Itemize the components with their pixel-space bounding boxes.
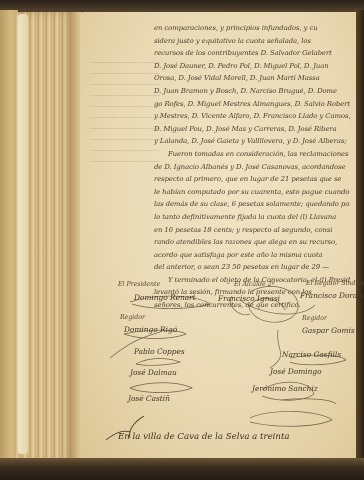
body-line: y Mestres, D. Vicente Alfaro, D. Francis… bbox=[154, 110, 350, 123]
body-line: lo tanto definitivamente fijada la cuota… bbox=[154, 211, 350, 224]
body-text: en comparaciones, y principios infundado… bbox=[154, 22, 350, 312]
body-line: y Lalanda, D. José Gaieta y Vallllovera,… bbox=[154, 135, 350, 148]
body-line: de D. Ignacio Albanés y D. José Casanova… bbox=[154, 161, 350, 174]
manuscript-photo: en comparaciones, y principios infundado… bbox=[0, 0, 364, 480]
body-line: go Rofes, D. Miguel Mestres Almangues, D… bbox=[154, 98, 350, 111]
body-line: las demás de su clase, 6 pesetas solamen… bbox=[154, 198, 350, 211]
body-line: rando atendibles las razones que alega e… bbox=[154, 236, 350, 249]
body-line: recursos de los contribuyentes D. Salvad… bbox=[154, 47, 350, 60]
background-bottom-shadow bbox=[0, 458, 364, 480]
body-line: respecto al primero, que en lugar de 21 … bbox=[154, 173, 350, 186]
body-line: D. José Dauner, D. Pedro Pol, D. Miguel … bbox=[154, 60, 350, 73]
signature-flourishes bbox=[100, 270, 364, 430]
body-line: Fueron tomadas en consideración, las rec… bbox=[154, 148, 350, 161]
body-line: D. Miguel Pou, D. José Mas y Carreras, D… bbox=[154, 123, 350, 136]
body-line: en comparaciones, y principios infundado… bbox=[154, 22, 350, 35]
body-line: en 16 pesetas 18 cents; y respecto al se… bbox=[154, 224, 350, 237]
body-line: sidera justo y equitativo la cuota señal… bbox=[154, 35, 350, 48]
body-line: acordo que satisfaga por este año la mis… bbox=[154, 249, 350, 262]
body-line: le habían computado por su cuarenta, est… bbox=[154, 186, 350, 199]
closing-line: En la villa de Cava de la Selva a treint… bbox=[118, 432, 290, 442]
body-line: D. Juan Bramon y Bosch, D. Narciso Brugu… bbox=[154, 85, 350, 98]
body-line: Orosa, D. José Vidal Morell, D. Juan Mar… bbox=[154, 72, 350, 85]
bleed-through-text bbox=[90, 52, 160, 172]
page-stack-highlight bbox=[18, 14, 28, 454]
